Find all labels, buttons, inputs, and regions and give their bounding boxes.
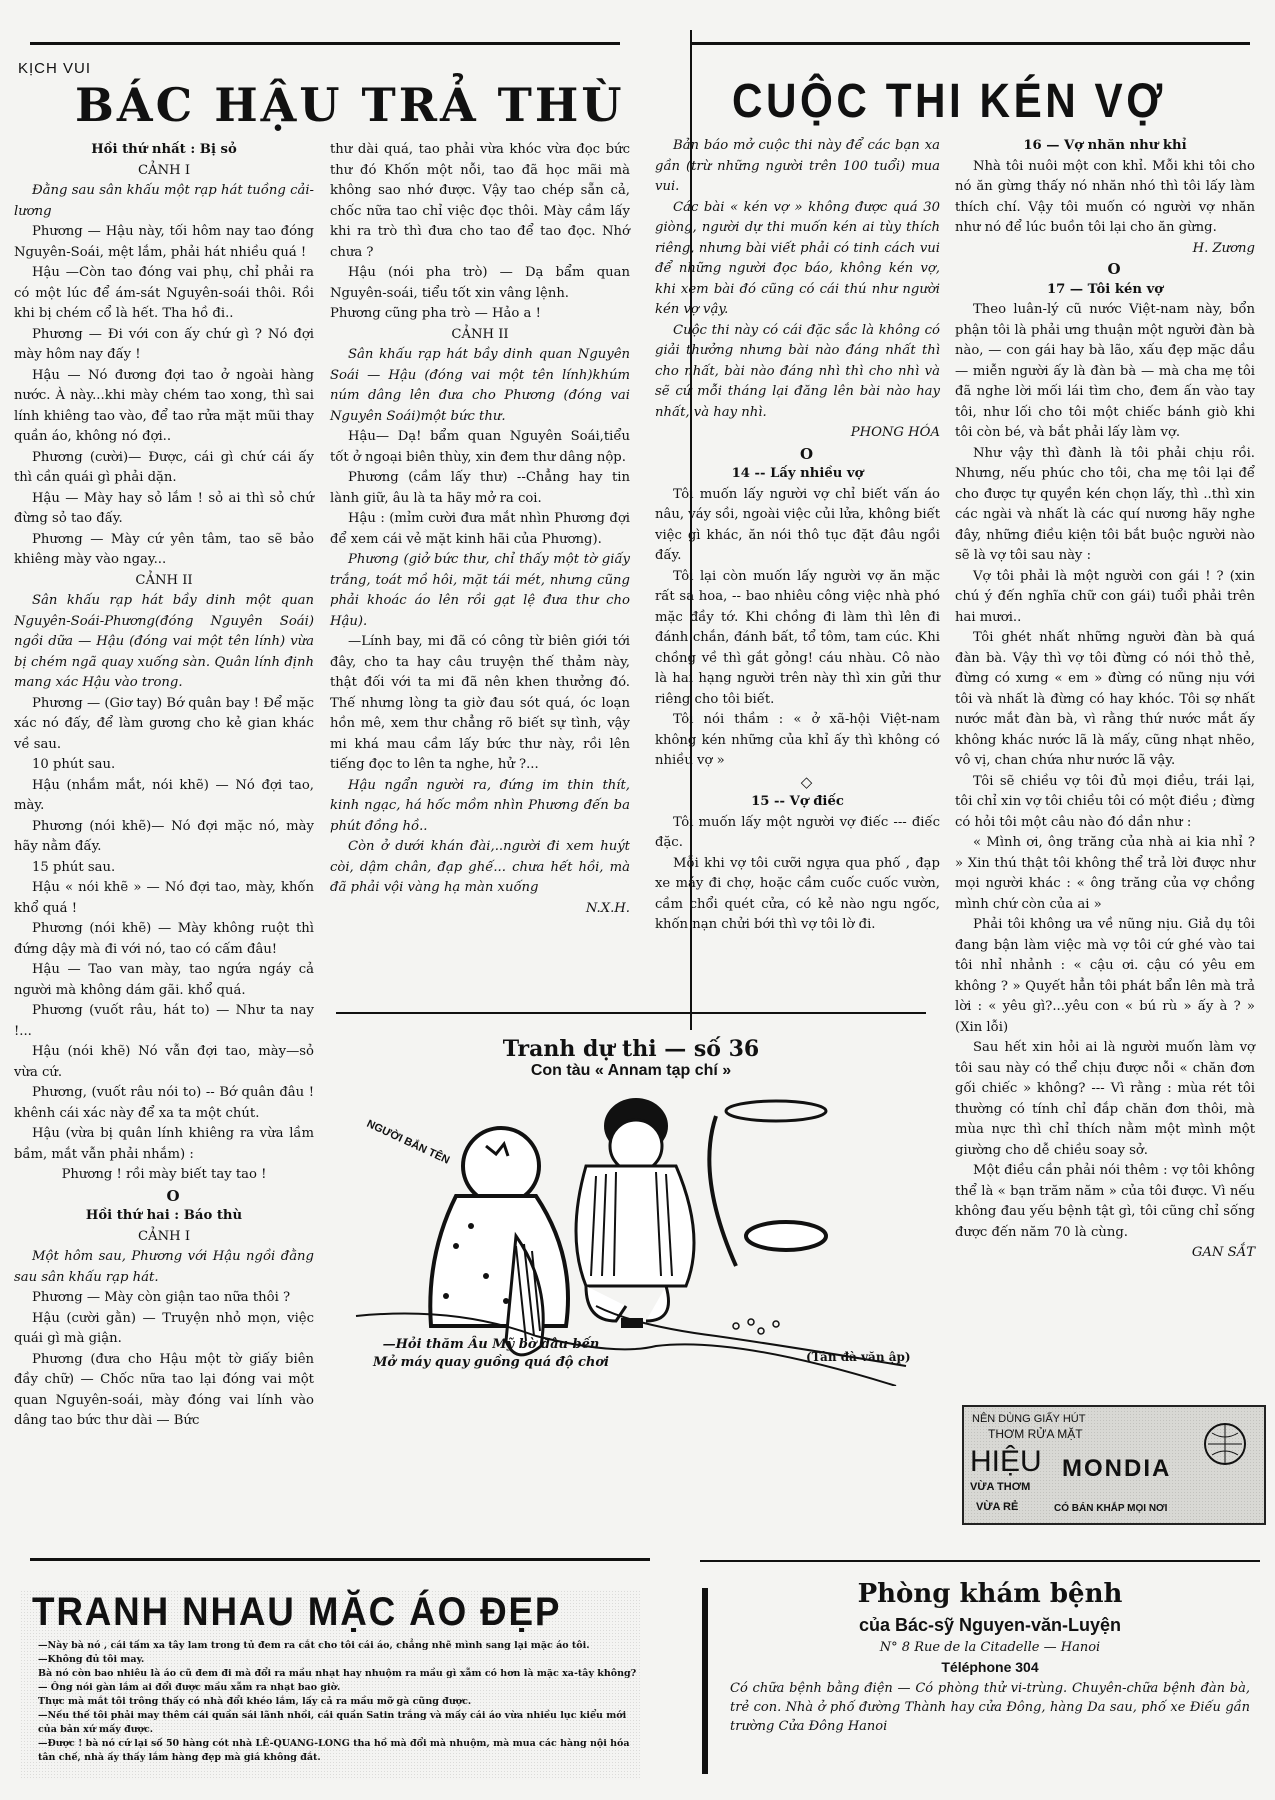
signature: H. Zương xyxy=(955,239,1255,260)
paragraph: Phương — (Giơ tay) Bớ quân bay ! Để mặc … xyxy=(14,694,314,756)
ornament-divider: O xyxy=(955,259,1255,280)
column-4: 16 — Vợ nhăn như khỉNhà tôi nuôi một con… xyxy=(955,136,1255,1264)
stage-direction: Đằng sau sân khấu một rạp hát tuồng cải-… xyxy=(14,181,314,222)
paragraph: Hậu — Nó đương đợi tao ở ngoài hàng nước… xyxy=(14,366,314,448)
stage-direction: Bản báo mở cuộc thi này để các bạn xa gầ… xyxy=(655,136,940,198)
paragraph: Hậu (nhắm mắt, nói khẽ) — Nó đợi tao, mà… xyxy=(14,776,314,817)
ao-dep-advertisement: TRANH NHAU MẶC ÁO ĐẸP —Này bà nó , cái t… xyxy=(20,1590,640,1780)
globe-emblem-icon xyxy=(1200,1419,1250,1469)
column-3: Bản báo mở cuộc thi này để các bạn xa gầ… xyxy=(655,136,940,936)
ornament-divider: ◇ xyxy=(655,772,940,793)
phong-kham-title: Phòng khám bệnh xyxy=(730,1579,1250,1609)
section-heading: Hồi thứ nhất : Bị sỏ xyxy=(14,140,314,161)
paragraph: 15 phút sau. xyxy=(14,858,314,879)
paragraph: Hậu —Còn tao đóng vai phụ, chỉ phải ra c… xyxy=(14,263,314,325)
paragraph: Phương, (vuốt râu nói to) -- Bớ quân đâu… xyxy=(14,1083,314,1124)
ao-dep-dialog: —Này bà nó , cái tấm xa tây lam trong tủ… xyxy=(38,1639,638,1765)
ornament-divider: O xyxy=(14,1186,314,1207)
phong-kham-address: N° 8 Rue de la Citadelle — Hanoi xyxy=(730,1640,1250,1655)
scene-heading: CẢNH I xyxy=(14,161,314,182)
cartoon-title: Tranh dự thi — số 36 xyxy=(336,1036,926,1062)
mondia-line-2: THƠM RỬA MẶT xyxy=(988,1427,1083,1441)
stage-direction: Hậu ngẩn người ra, đứng im thin thít, ki… xyxy=(330,776,630,838)
phong-kham-phone: Téléphone 304 xyxy=(730,1659,1250,1675)
section-heading: 15 -- Vợ điếc xyxy=(655,792,940,813)
cartoon-caption: —Hỏi thăm Âu Mỹ bờ đâu bến Mở máy quay g… xyxy=(366,1336,616,1372)
dialog-line: Thực mà mắt tôi trông thấy có nhà đổi kh… xyxy=(38,1695,638,1709)
paragraph: Hậu (vừa bị quân lính khiêng ra vừa lầm … xyxy=(14,1124,314,1165)
column-1: Hồi thứ nhất : Bị sỏCẢNH IĐằng sau sân k… xyxy=(14,140,314,1432)
paragraph: Tôi muốn lấy người vợ chỉ biết vấn áo nâ… xyxy=(655,485,940,567)
paragraph: Phương (nói khẽ)— Nó đợi mặc nó, mày hãy… xyxy=(14,817,314,858)
bottom-section-rule xyxy=(30,1558,650,1561)
top-rule-left xyxy=(30,42,620,45)
paragraph: Hậu — Mày hay sỏ lắm ! sỏ ai thì sỏ chứ … xyxy=(14,489,314,530)
paragraph: Phương — Mày cứ yên tâm, tao sẽ bảo khiê… xyxy=(14,530,314,571)
paragraph: Phương — Hậu này, tối hôm nay tao đóng N… xyxy=(14,222,314,263)
mondia-advertisement: NÊN DÙNG GIẤY HÚT THƠM RỬA MẶT HIỆU MOND… xyxy=(962,1405,1266,1525)
stage-direction: Sân khấu rạp hát bầy dinh quan Nguyên So… xyxy=(330,345,630,427)
paragraph: Phương cũng pha trò — Hảo a ! xyxy=(330,304,630,325)
paragraph: Hậu (cười gằn) — Truyện nhỏ mọn, việc qu… xyxy=(14,1309,314,1350)
caption-line-2: Mở máy quay guồng quá độ chơi xyxy=(366,1354,616,1372)
mondia-line-3: VỪA THƠM xyxy=(970,1481,1030,1493)
scene-heading: CẢNH II xyxy=(330,325,630,346)
stage-direction: Cuộc thi này có cái đặc sắc là không có … xyxy=(655,321,940,424)
paragraph: Nhà tôi nuôi một con khỉ. Mỗi khi tôi ch… xyxy=(955,157,1255,239)
ornament-divider: O xyxy=(655,444,940,465)
paragraph: Phương (nói khẽ) — Mày không ruột thì đứ… xyxy=(14,919,314,960)
stage-direction: Sân khấu rạp hát bầy dinh một quan Nguyê… xyxy=(14,591,314,694)
paragraph: Vợ tôi phải là một người con gái ! ? (xi… xyxy=(955,567,1255,629)
phong-kham-body: Có chữa bệnh bằng điện — Có phòng thử vi… xyxy=(730,1679,1250,1736)
paragraph: Mỗi khi vợ tôi cưỡi ngựa qua phố , đạp x… xyxy=(655,854,940,936)
scene-heading: CẢNH II xyxy=(14,571,314,592)
ao-dep-title: TRANH NHAU MẶC ÁO ĐẸP xyxy=(32,1590,591,1635)
mondia-line-4: VỪA RẺ xyxy=(976,1501,1018,1513)
paragraph: Một điều cần phải nói thêm : vợ tôi khôn… xyxy=(955,1161,1255,1243)
paragraph: Phương ! rồi mày biết tay tao ! xyxy=(14,1165,314,1186)
article-title-cuoc-thi: CUỘC THI KÉN VỢ xyxy=(732,74,1166,129)
paragraph: Hậu « nói khẽ » — Nó đợi tao, mày, khốn … xyxy=(14,878,314,919)
mondia-brand: MONDIA xyxy=(1062,1455,1171,1483)
signature: PHONG HÓA xyxy=(655,423,940,444)
phong-kham-vertical-bar xyxy=(702,1588,708,1774)
paragraph: Phương (cười)— Được, cái gì chứ cái ấy t… xyxy=(14,448,314,489)
paragraph: Phương — Mày còn giận tao nữa thôi ? xyxy=(14,1288,314,1309)
paragraph: « Mình ơi, ông trăng của nhà ai kia nhỉ … xyxy=(955,833,1255,915)
paragraph: Phương — Đi với con ấy chứ gì ? Nó đợi m… xyxy=(14,325,314,366)
paragraph: Tôi muốn lấy một người vợ điếc --- điếc … xyxy=(655,813,940,854)
paragraph: Như vậy thì đành là tôi phải chịu rồi. N… xyxy=(955,444,1255,567)
paragraph: Phương (cầm lấy thư) --Chẳng hay tin làn… xyxy=(330,468,630,509)
section-heading: 17 — Tôi kén vợ xyxy=(955,280,1255,301)
dialog-line: — Ông nói gàn lắm ai đổi được mầu xẫm ra… xyxy=(38,1681,638,1695)
paragraph: Hậu — Tao van mày, tao ngứa ngáy cả ngườ… xyxy=(14,960,314,1001)
paragraph: Theo luân-lý cũ nước Việt-nam này, bổn p… xyxy=(955,300,1255,444)
bottom-section-rule-right xyxy=(700,1560,1260,1562)
dialog-line: —Được ! bà nó cứ lại số 50 hàng cót nhà … xyxy=(38,1737,638,1765)
caption-line-1: —Hỏi thăm Âu Mỹ bờ đâu bến xyxy=(366,1336,616,1354)
paragraph: Phương (đưa cho Hậu một tờ giấy biên đầy… xyxy=(14,1350,314,1432)
section-heading: 16 — Vợ nhăn như khỉ xyxy=(955,136,1255,157)
phong-kham-doctor: của Bác-sỹ Nguyen-văn-Luyện xyxy=(730,1615,1250,1636)
paragraph: Tôi nói thầm : « ở xã-hội Việt-nam không… xyxy=(655,710,940,772)
paragraph: thư dài quá, tao phải vừa khóc vừa đọc b… xyxy=(330,140,630,263)
article-kicker: KỊCH VUI xyxy=(18,60,91,77)
paragraph: Phải tôi không ưa về nũng nịu. Giả dụ tô… xyxy=(955,915,1255,1038)
paragraph: 10 phút sau. xyxy=(14,755,314,776)
stage-direction: Phương (giở bức thư, chỉ thấy một tờ giấ… xyxy=(330,550,630,632)
cartoon-block: Tranh dự thi — số 36 Con tàu « Annam tạp… xyxy=(336,1018,926,1378)
paragraph: Hậu (nói khẽ) Nó vẫn đợi tao, mày—sỏ vừa… xyxy=(14,1042,314,1083)
dialog-line: Bà nó còn bao nhiêu là áo cũ đem đi mà đ… xyxy=(38,1667,638,1681)
paragraph: Tôi lại còn muốn lấy người vợ ăn mặc rất… xyxy=(655,567,940,711)
article-title-bac-hau: BÁC HẬU TRẢ THÙ xyxy=(75,78,624,132)
paragraph: Tôi sẽ chiều vợ tôi đủ mọi điều, trái lạ… xyxy=(955,772,1255,834)
dialog-line: —Này bà nó , cái tấm xa tây lam trong tủ… xyxy=(38,1639,638,1653)
signature: GAN SẮT xyxy=(955,1243,1255,1264)
stage-direction: Còn ở dưới khán đài,..người đi xem huýt … xyxy=(330,837,630,899)
stage-direction: Một hôm sau, Phương với Hậu ngồi đằng sa… xyxy=(14,1247,314,1288)
paragraph: Hậu (nói pha trò) — Dạ bẩm quan Nguyên-s… xyxy=(330,263,630,304)
paragraph: Tôi ghét nhất những người đàn bà quá đàn… xyxy=(955,628,1255,772)
mondia-line-5: CÓ BÁN KHẮP MỌI NƠI xyxy=(1054,1503,1167,1514)
dialog-line: —Nếu thế tôi phải may thêm cái quần sái … xyxy=(38,1709,638,1737)
cartoon-credit: (Tân đà văn ập) xyxy=(806,1350,911,1364)
cartoon-label: NGƯỜI BẮN TÊN xyxy=(365,1117,452,1167)
scene-heading: CẢNH I xyxy=(14,1227,314,1248)
column-2: thư dài quá, tao phải vừa khóc vừa đọc b… xyxy=(330,140,630,919)
paragraph: Sau hết xin hỏi ai là người muốn làm vợ … xyxy=(955,1038,1255,1161)
section-heading: 14 -- Lấy nhiều vợ xyxy=(655,464,940,485)
paragraph: Phương (vuốt râu, hát to) — Như ta nay !… xyxy=(14,1001,314,1042)
cartoon-subtitle: Con tàu « Annam tạp chí » xyxy=(336,1062,926,1080)
mondia-line-1: NÊN DÙNG GIẤY HÚT xyxy=(972,1413,1085,1425)
mondia-brand-prefix: HIỆU xyxy=(970,1445,1042,1479)
paragraph: Hậu— Dạ! bẩm quan Nguyên Soái,tiểu tốt ở… xyxy=(330,427,630,468)
signature: N.X.H. xyxy=(330,899,630,920)
dialog-line: —Không đủ tôi may. xyxy=(38,1653,638,1667)
section-heading: Hồi thứ hai : Báo thù xyxy=(14,1206,314,1227)
paragraph: Hậu : (mỉm cười đưa mắt nhìn Phương đợi … xyxy=(330,509,630,550)
cartoon-top-rule xyxy=(336,1012,926,1014)
phong-kham-advertisement: Phòng khám bệnh của Bác-sỹ Nguyen-văn-Lu… xyxy=(730,1575,1250,1736)
stage-direction: Các bài « kén vợ » không được quá 30 giò… xyxy=(655,198,940,321)
top-rule-right xyxy=(690,42,1250,45)
paragraph: —Lính bay, mi đã có công từ biên giới tớ… xyxy=(330,632,630,776)
